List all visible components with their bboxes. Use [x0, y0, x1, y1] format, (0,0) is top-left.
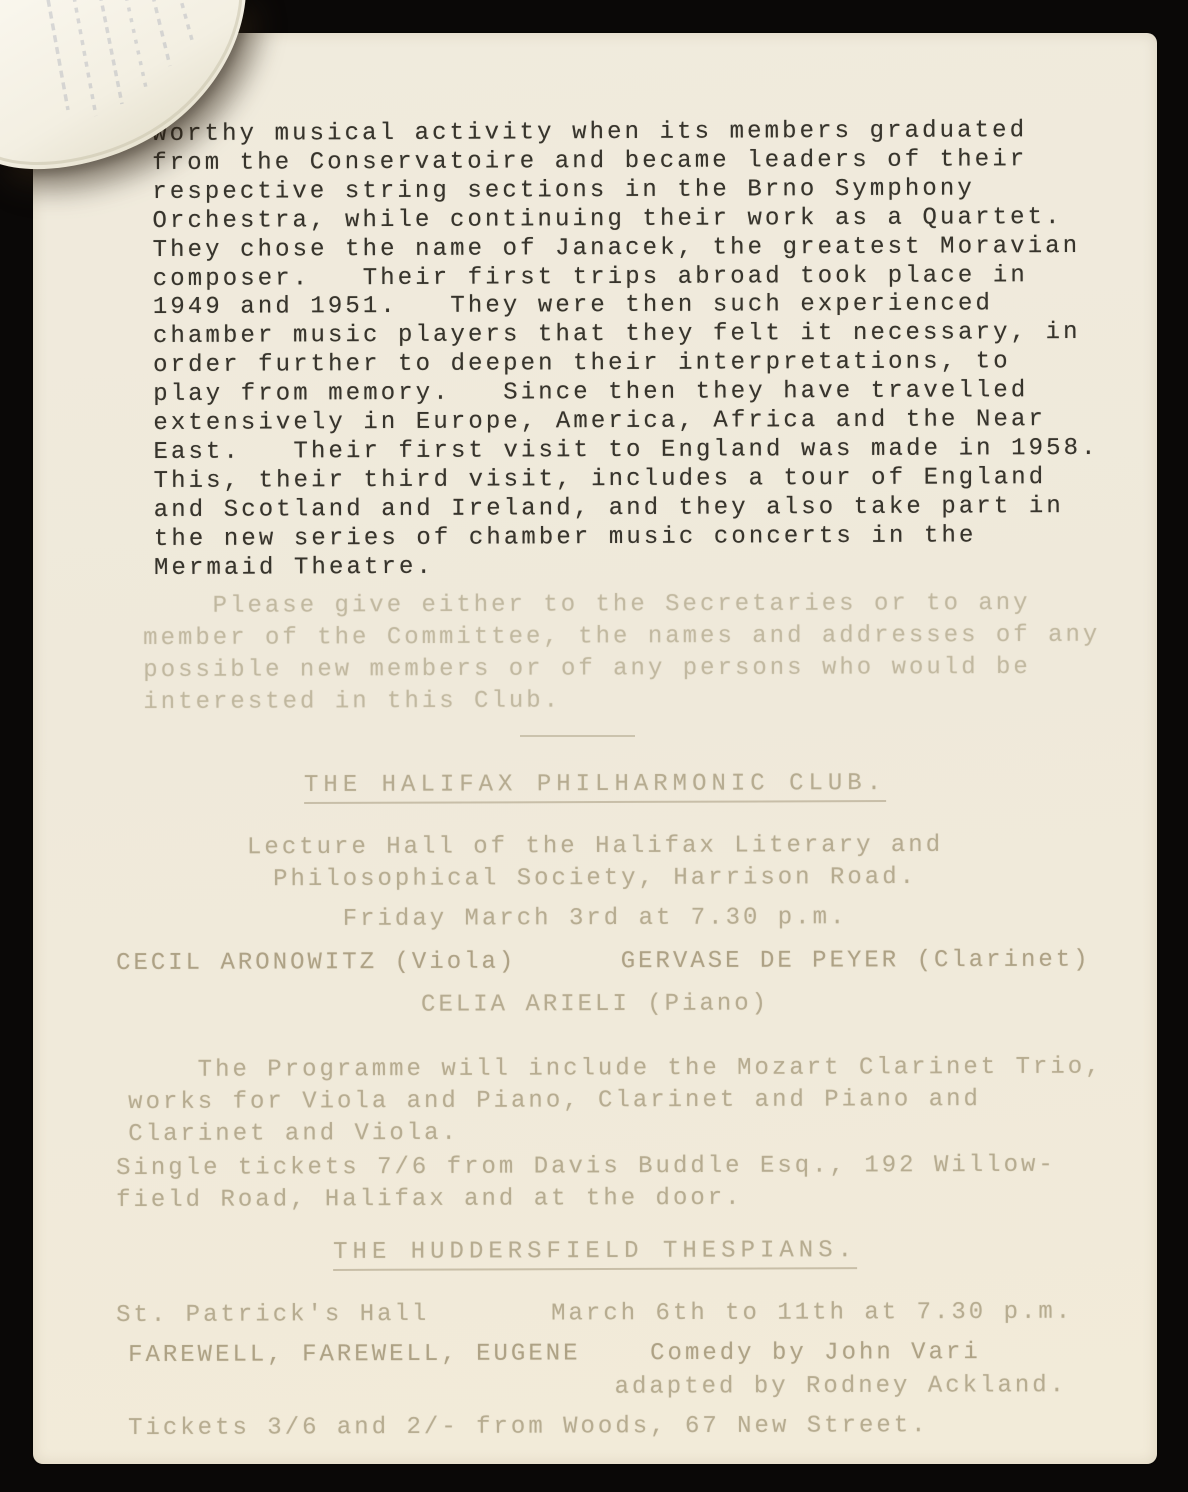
- curled-corner-graphic: [0, 0, 334, 252]
- ghost-halifax-tickets-line2: field Road, Halifax and at the door.: [116, 1183, 743, 1217]
- curled-page-corner: [0, 0, 334, 252]
- ghost-halifax-programme-paragraph: The Programme will include the Mozart Cl…: [128, 1052, 1103, 1151]
- curl-paper-shape: [0, 0, 246, 169]
- ghost-halifax-heading: THE HALIFAX PHILHARMONIC CLUB.: [304, 770, 886, 804]
- ghost-halifax-date-line: Friday March 3rd at 7.30 p.m.: [33, 901, 1157, 937]
- scan-background: { "document": { "kind": "typewritten con…: [0, 0, 1188, 1492]
- ghost-huddersfield-heading-row: THE HUDDERSFIELD THESPIANS.: [33, 1234, 1157, 1270]
- ghost-notice-paragraph: Please give either to the Secretaries or…: [143, 588, 1101, 719]
- ghost-halifax-venue-line1: Lecture Hall of the Halifax Literary and: [33, 829, 1157, 865]
- ghost-halifax-tickets-line1: Single tickets 7/6 from Davis Buddle Esq…: [116, 1150, 1056, 1185]
- ghost-halifax-venue-line2: Philosophical Society, Harrison Road.: [33, 861, 1157, 897]
- ghost-halifax-piano-line: CELIA ARIELI (Piano): [33, 987, 1157, 1023]
- ghost-huddersfield-adapted-line: adapted by Rodney Ackland.: [533, 1370, 1067, 1404]
- ghost-huddersfield-venue-date-line: St. Patrick's Hall March 6th to 11th at …: [116, 1297, 1073, 1332]
- ghost-huddersfield-play-line: FAREWELL, FAREWELL, EUGENE Comedy by Joh…: [128, 1337, 981, 1372]
- ghost-huddersfield-heading: THE HUDDERSFIELD THESPIANS.: [333, 1237, 857, 1271]
- ghost-halifax-performers-line: CECIL ARONOWITZ (Viola) GERVASE DE PEYER…: [116, 945, 1091, 980]
- ghost-huddersfield-tickets-line: Tickets 3/6 and 2/- from Woods, 67 New S…: [128, 1410, 929, 1445]
- ghost-halifax-heading-row: THE HALIFAX PHILHARMONIC CLUB.: [33, 767, 1157, 803]
- ghost-separator-rule: [520, 735, 635, 737]
